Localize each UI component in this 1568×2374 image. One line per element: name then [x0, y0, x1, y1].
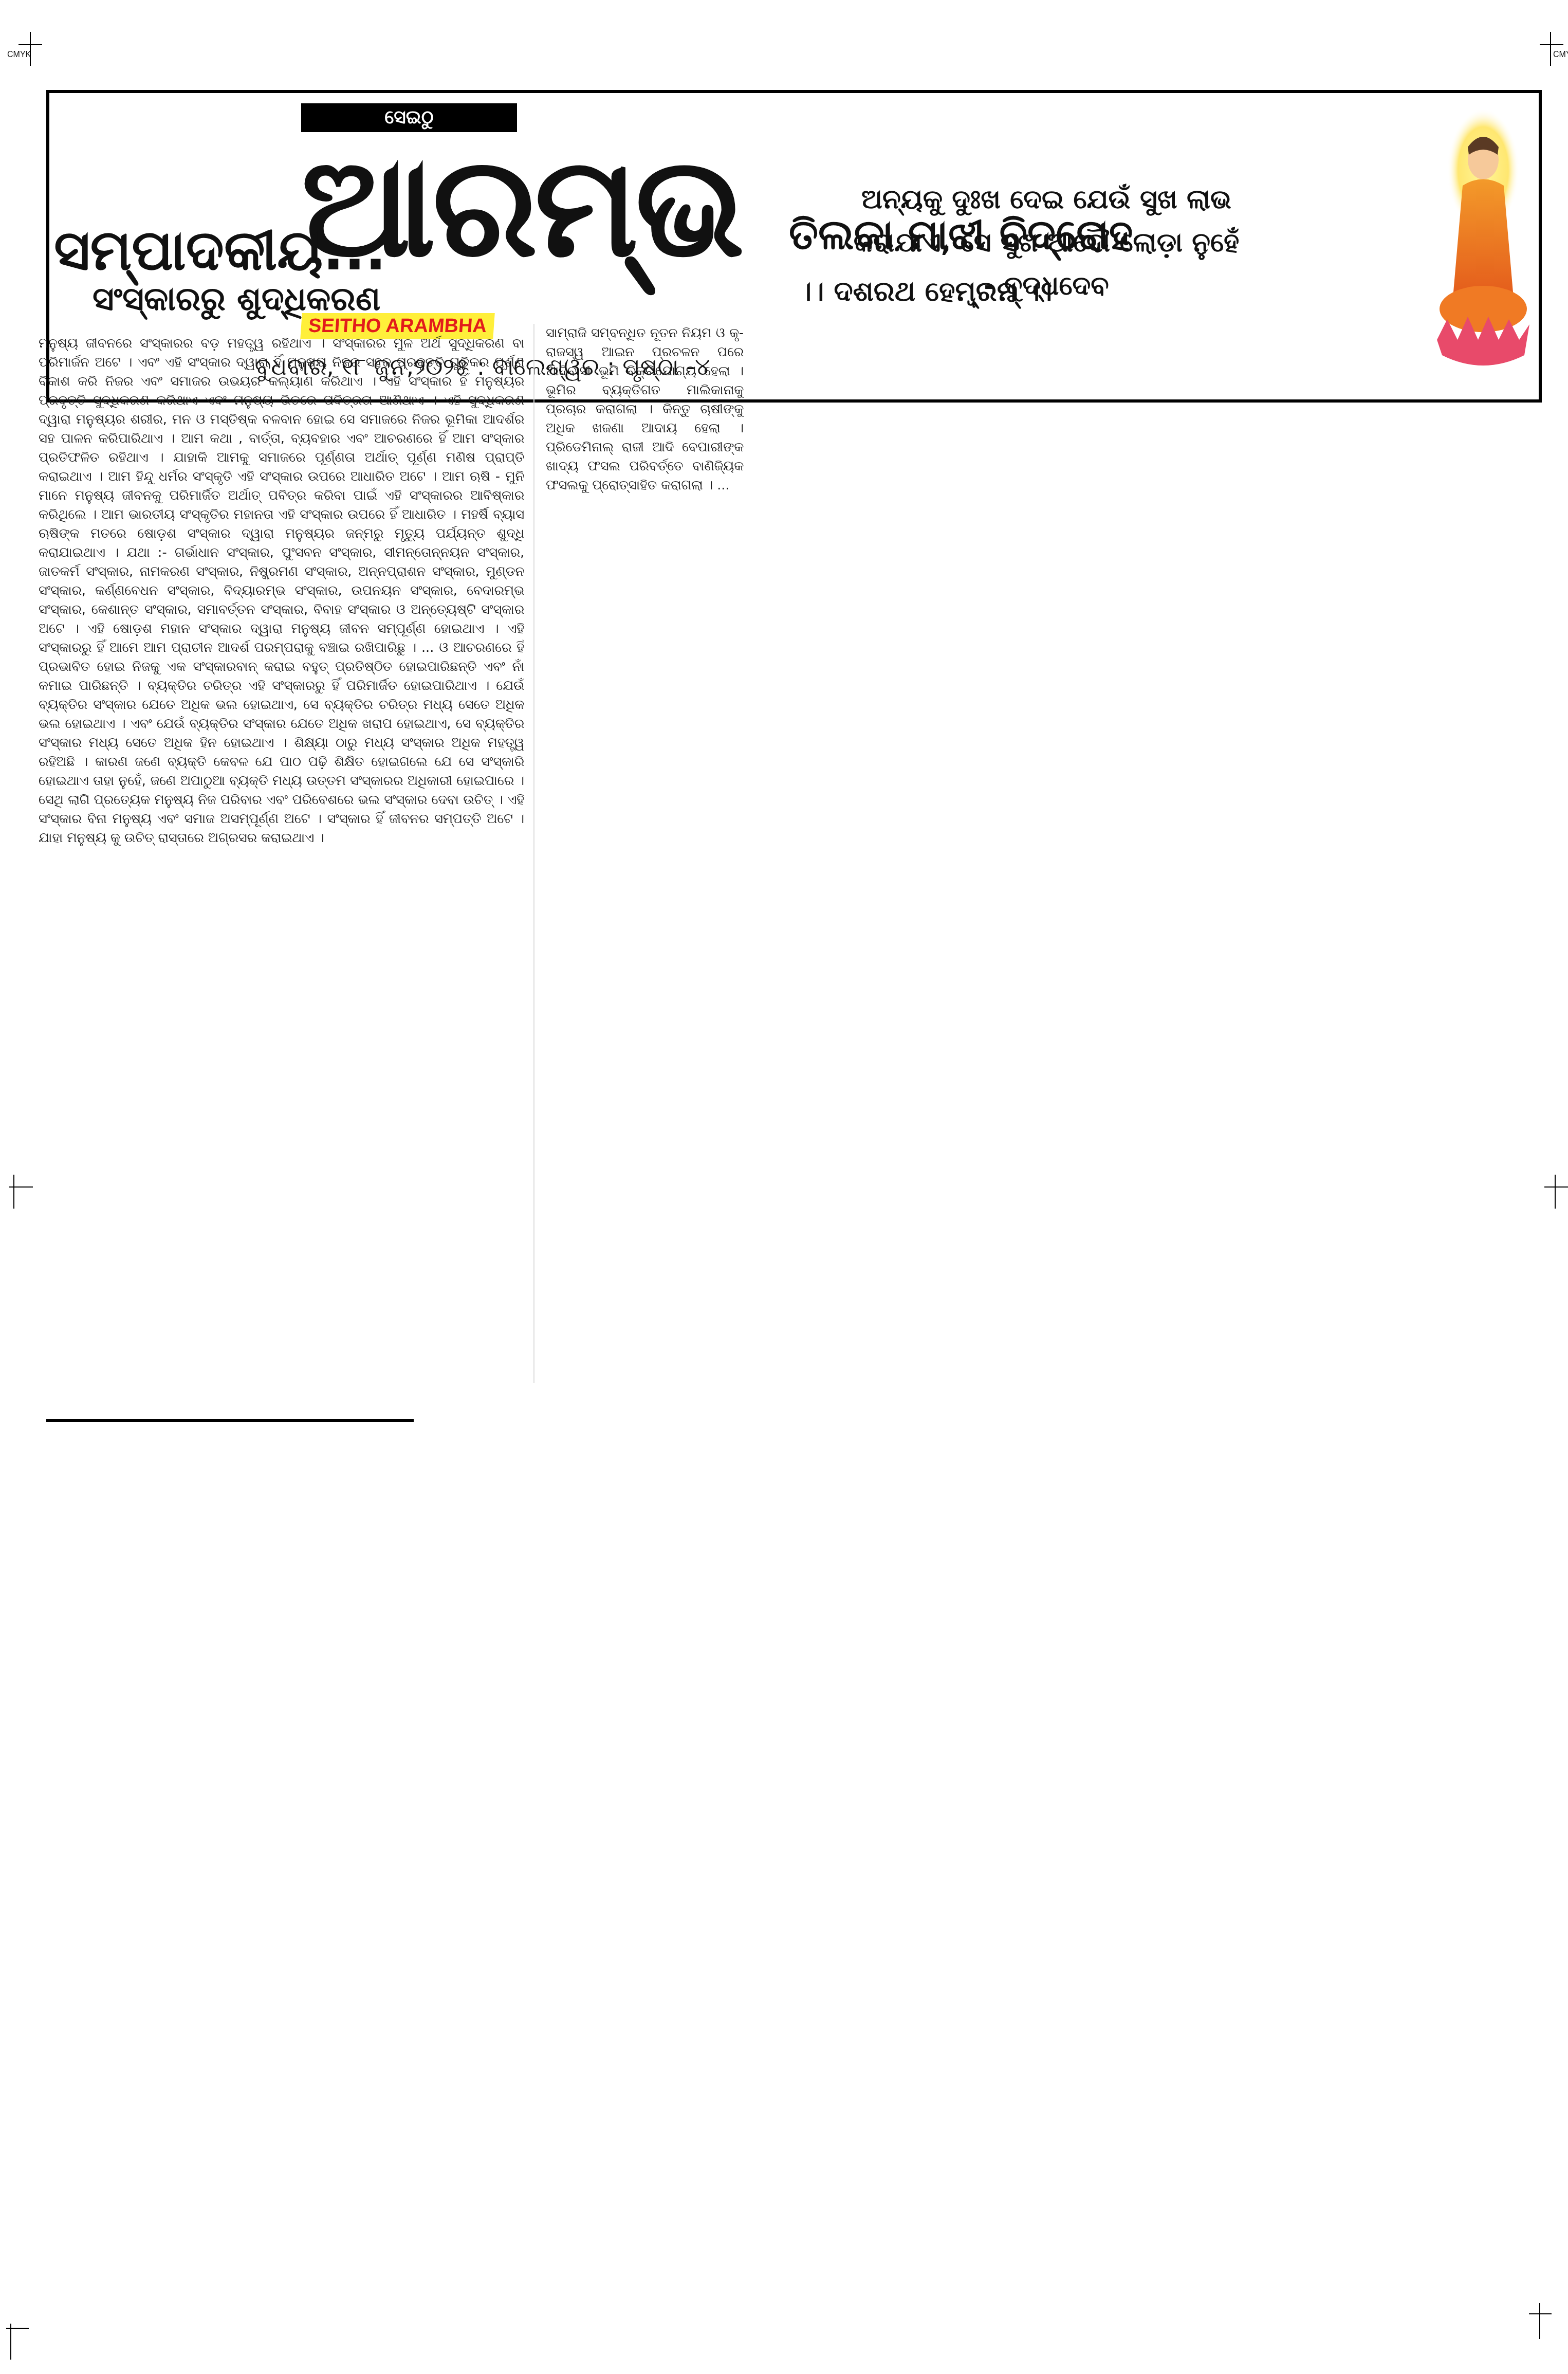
- article-byline: ।। ଦଶରଥ ହେମ୍ବ୍ରମ୍ ।।: [799, 275, 1053, 308]
- editorial-text: ମନୁଷ୍ୟ ଜୀବନରେ ସଂସ୍କାରର ବଡ଼ ମହତ୍ତ୍ୱ ରହିଥା…: [39, 334, 524, 848]
- editorial-heading: ସମ୍ପାଦକୀୟ...: [54, 218, 386, 284]
- editorial-body: ମନୁଷ୍ୟ ଜୀବନରେ ସଂସ୍କାରର ବଡ଼ ମହତ୍ତ୍ୱ ରହିଥା…: [39, 334, 524, 1383]
- editorial-title: ସଂସ୍କାରରୁ ଶୁଦ୍ଧିକରଣ: [93, 280, 380, 318]
- column-divider: [533, 324, 534, 1383]
- article-column: ସାମ୍ରାଜି ସମ୍ବନ୍ଧିତ ନୂତନ ନିୟମ ଓ କୃ-ରାଜସ୍ୱ…: [546, 324, 744, 1005]
- article-title: ତିଲକା ମାଝୀ ବିଦ୍ରୋହ: [789, 211, 1133, 259]
- cmyk-label: CMYK: [1553, 50, 1560, 60]
- column-text: ସାମ୍ରାଜି ସମ୍ବନ୍ଧିତ ନୂତନ ନିୟମ ଓ କୃ-ରାଜସ୍ୱ…: [546, 324, 744, 495]
- divider: [46, 1419, 414, 1422]
- buddha-image: [1432, 98, 1535, 386]
- cmyk-label: CMYK: [7, 50, 14, 60]
